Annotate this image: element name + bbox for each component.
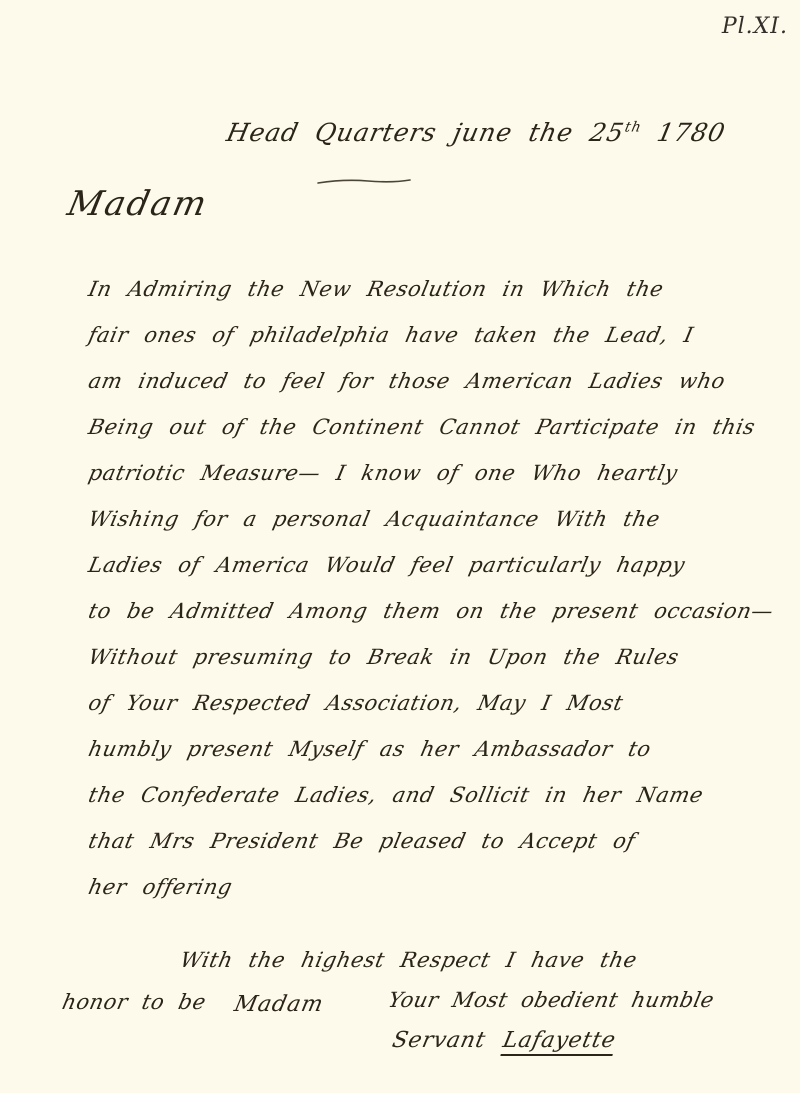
manuscript-line: fair ones of philadelphia have taken the… (84, 312, 734, 358)
manuscript-line: Without presuming to Break in Upon the R… (84, 634, 734, 680)
manuscript-line: humbly present Myself as her Ambassador … (84, 726, 734, 772)
manuscript-line: of Your Respected Association, May I Mos… (84, 680, 734, 726)
manuscript-line: am induced to feel for those American La… (84, 358, 734, 404)
dateline-year: 1780 (638, 118, 729, 147)
manuscript-line: Ladies of America Would feel particularl… (84, 542, 734, 588)
manuscript-line: In Admiring the New Resolution in Which … (84, 266, 734, 312)
manuscript-line: the Confederate Ladies, and Sollicit in … (84, 772, 734, 818)
manuscript-line: her offering (84, 864, 734, 910)
closing-obedient-line: Your Most obedient humble (386, 988, 716, 1012)
signature: Servant Lafayette (390, 1028, 618, 1053)
manuscript-line: Wishing for a personal Acquaintance With… (84, 496, 734, 542)
manuscript-line: Being out of the Continent Cannot Partic… (84, 404, 734, 450)
manuscript-body: In Admiring the New Resolution in Which … (84, 266, 724, 910)
manuscript-line: patriotic Measure— I know of one Who hea… (84, 450, 734, 496)
salutation: Madam (64, 184, 212, 224)
manuscript-page: Pl.XI. Head Quarters june the 25th 1780 … (0, 0, 800, 1093)
signature-name: Lafayette (500, 1028, 618, 1056)
manuscript-line: that Mrs President Be pleased to Accept … (84, 818, 734, 864)
plate-label: Pl.XI. (722, 14, 788, 39)
dateline: Head Quarters june the 25th 1780 (224, 118, 728, 147)
closing-honor-to-be: honor to be (60, 990, 208, 1014)
closing-madam: Madam (232, 992, 326, 1017)
dateline-text: Head Quarters june the 25 (224, 118, 627, 147)
manuscript-line: to be Admitted Among them on the present… (84, 588, 734, 634)
closing-respect-line: With the highest Respect I have the (178, 948, 639, 972)
flourish-underline-icon (316, 172, 412, 191)
signature-prefix: Servant (390, 1028, 488, 1053)
